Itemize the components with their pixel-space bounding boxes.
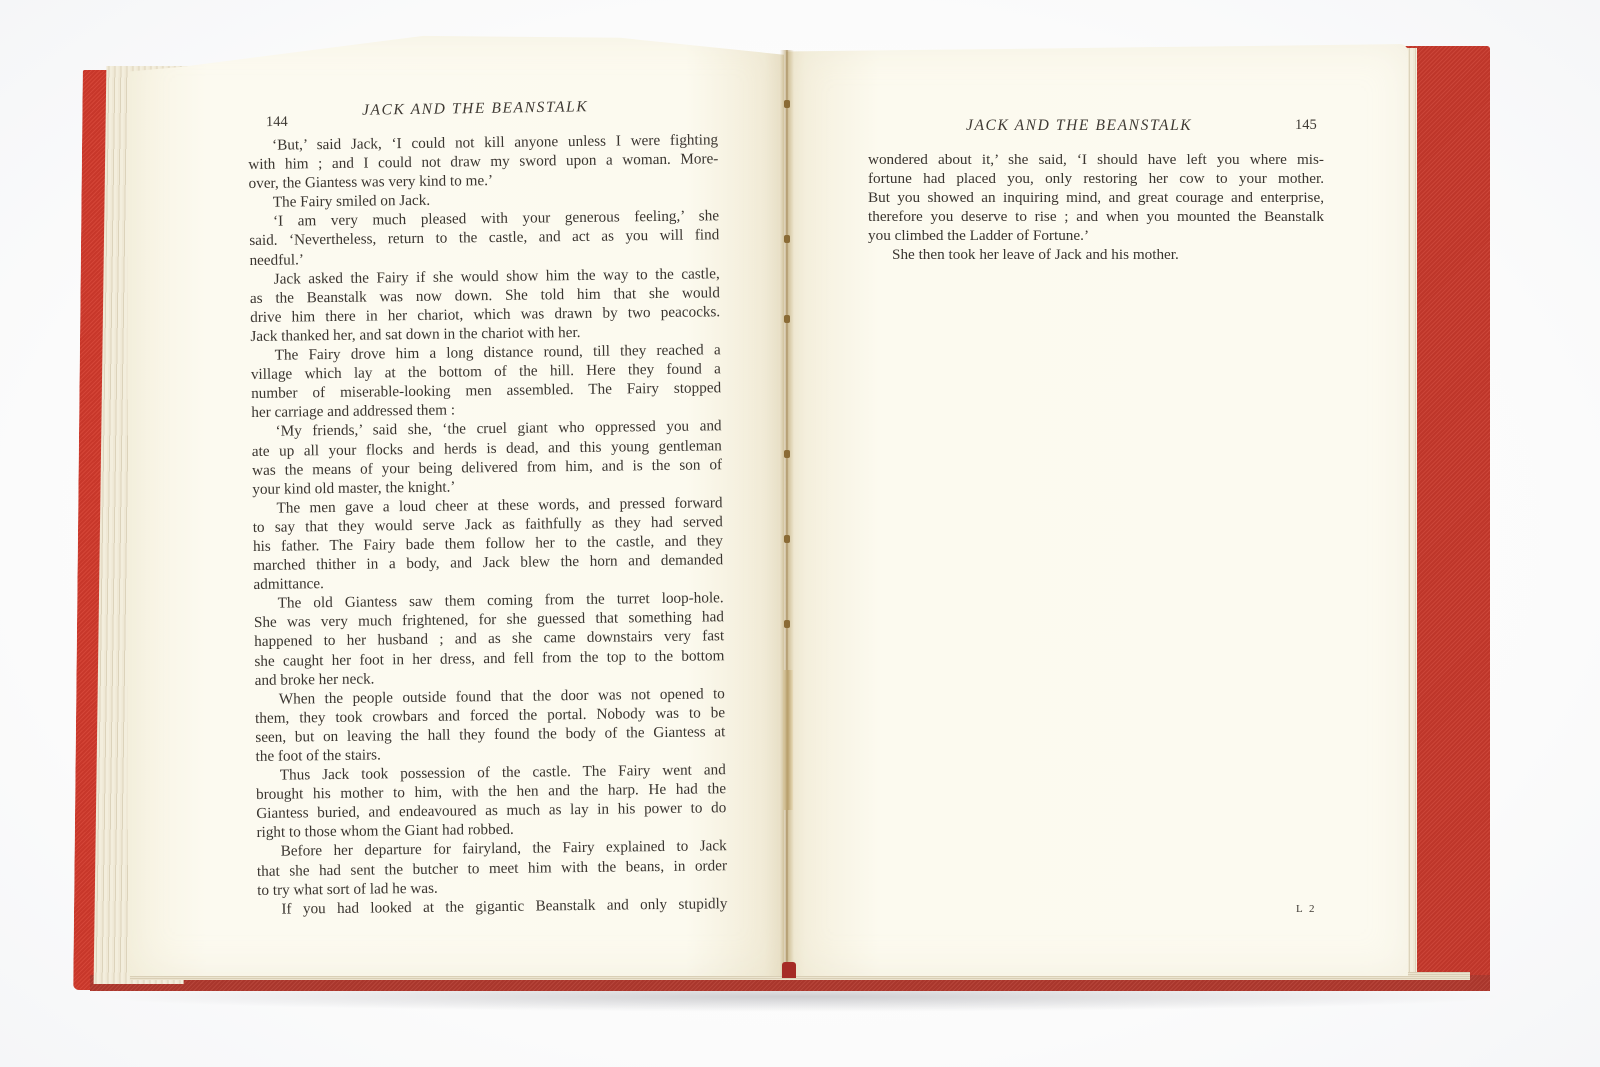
- binding-thread: [784, 535, 790, 543]
- text-line: She then took her leave of Jack and his …: [868, 245, 1324, 264]
- book-gutter: [780, 50, 794, 978]
- binding-thread: [784, 450, 790, 458]
- book-shadow: [90, 990, 1510, 1012]
- text-line: therefore you deserve to rise ; and when…: [868, 207, 1324, 226]
- binding-thread: [784, 235, 790, 243]
- text-line: wondered about it,’ she said, ‘I should …: [868, 150, 1324, 169]
- binding-thread: [784, 620, 790, 628]
- right-page-body: wondered about it,’ she said, ‘I should …: [868, 150, 1324, 265]
- right-page-number: 145: [1295, 117, 1317, 134]
- right-running-head: JACK AND THE BEANSTALK: [966, 117, 1192, 135]
- signature-mark: L 2: [1296, 903, 1317, 915]
- left-page-body: ‘But,’ said Jack, ‘I could not kill anyo…: [248, 130, 728, 919]
- binding-thread: [784, 100, 790, 108]
- binding-thread: [784, 315, 790, 323]
- spine-cloth-visible: [782, 962, 796, 978]
- text-line: But you showed an inquiring mind, and gr…: [868, 188, 1324, 207]
- book-photo: 144 JACK AND THE BEANSTALK ‘But,’ said J…: [0, 0, 1600, 1067]
- text-line: you climbed the Ladder of Fortune.’: [868, 226, 1324, 245]
- torn-gutter-paper: [783, 670, 793, 810]
- text-line: fortune had placed you, only restoring h…: [868, 169, 1324, 188]
- left-page-number: 144: [266, 114, 288, 131]
- left-running-head: JACK AND THE BEANSTALK: [362, 98, 589, 120]
